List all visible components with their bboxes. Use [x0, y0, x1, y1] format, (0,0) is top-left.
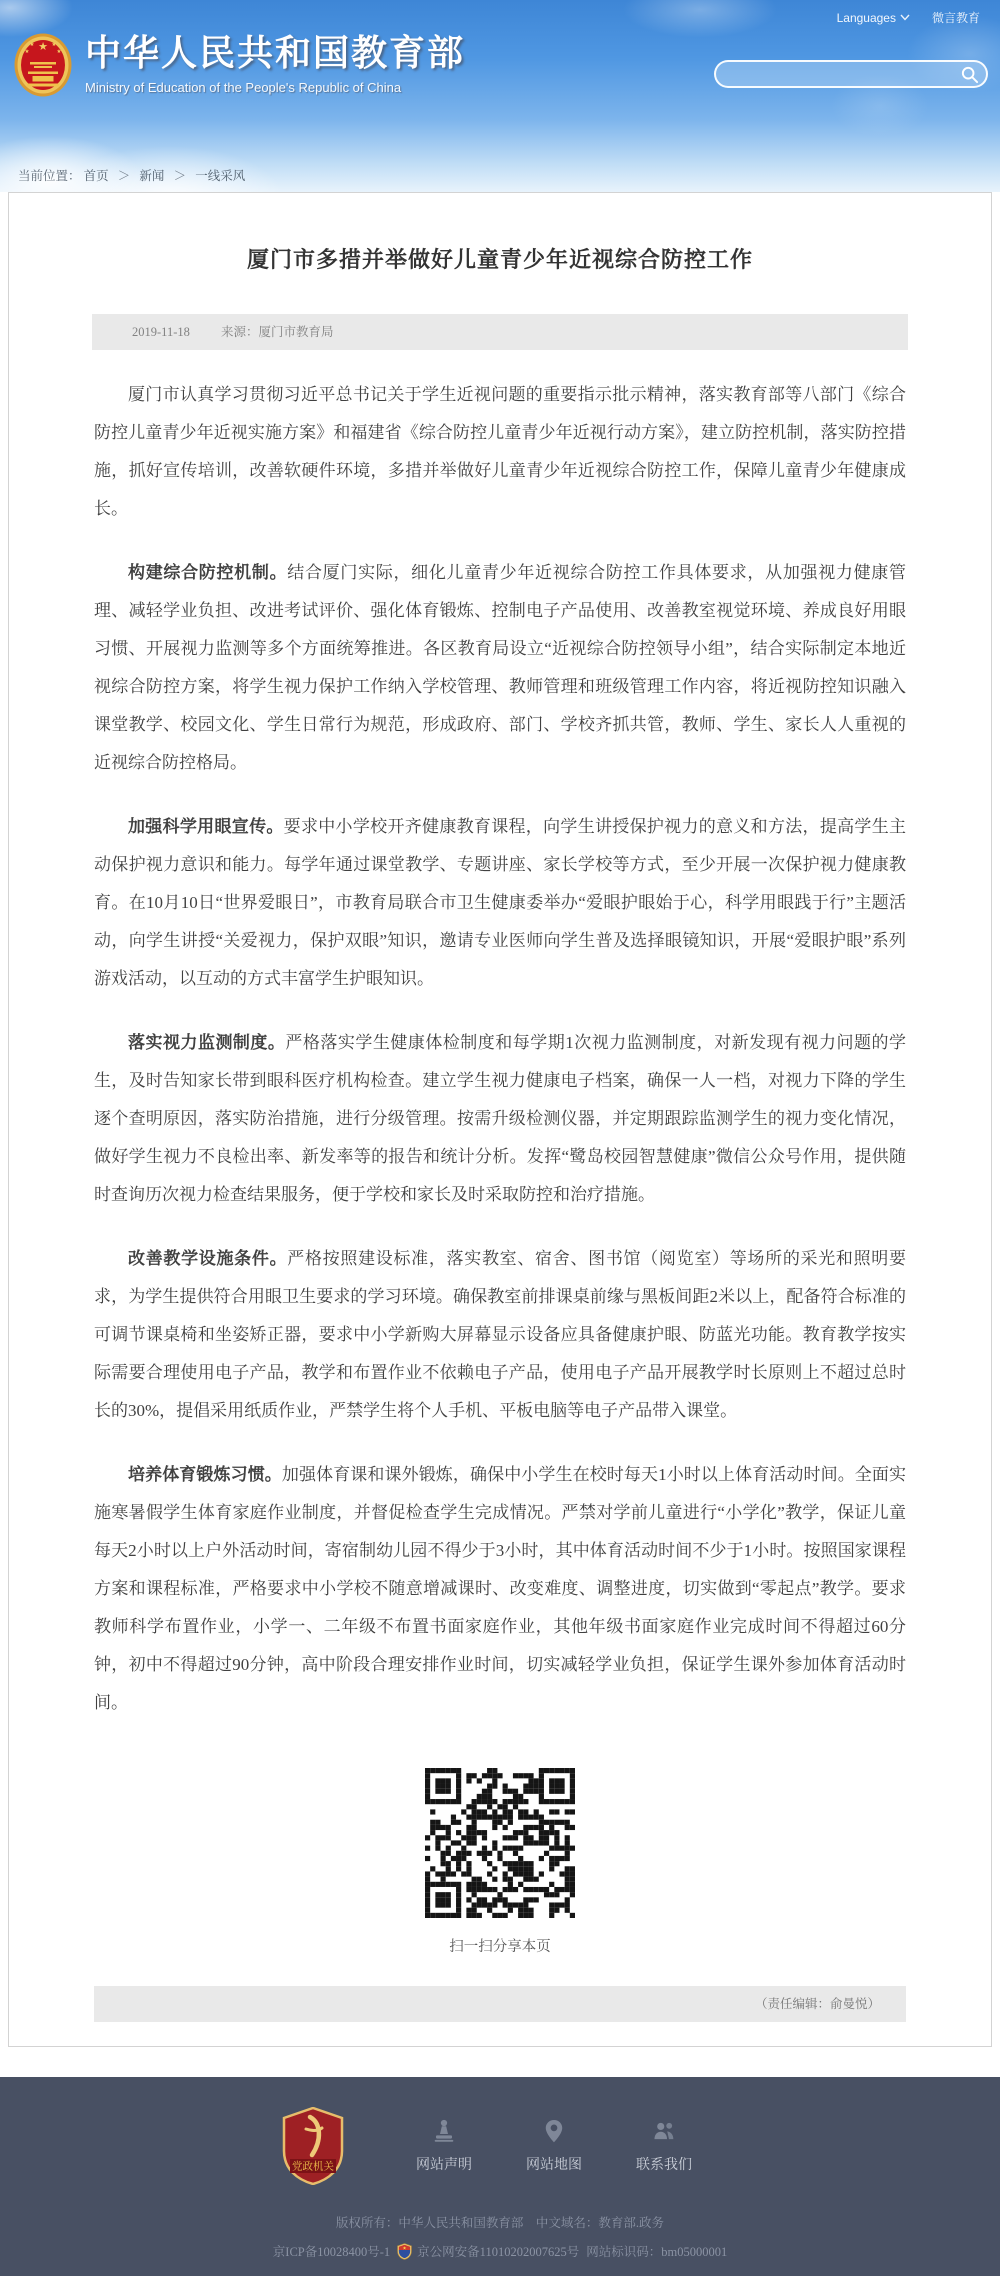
footer-link-label: 网站声明 — [416, 2156, 472, 2172]
article-meta-bar: 2019-11-18 来源：厦门市教育局 — [92, 314, 908, 350]
search-box — [714, 60, 988, 88]
paragraph-text: 结合厦门实际，细化儿童青少年近视综合防控工作具体要求，从加强视力健康管理、减轻学… — [94, 563, 906, 772]
languages-label: Languages — [837, 11, 896, 25]
article-source: 来源：厦门市教育局 — [221, 325, 334, 339]
breadcrumb-separator: ＞ — [118, 169, 131, 183]
svg-text:★: ★ — [30, 42, 35, 48]
chevron-down-icon — [900, 14, 910, 21]
brand-text: 中华人民共和国教育部 Ministry of Education of the … — [85, 33, 465, 95]
footer: 党政机关 网站声明 网站地图 — [0, 2077, 1000, 2276]
paragraph-lead: 构建综合防控机制。 — [128, 563, 287, 582]
breadcrumb: 当前位置： 首页 ＞ 新闻 ＞ 一线采风 — [18, 166, 245, 184]
paragraph-lead: 改善教学设施条件。 — [128, 1249, 287, 1268]
article-date: 2019-11-18 — [132, 325, 190, 339]
article-paragraph: 落实视力监测制度。严格落实学生健康体检制度和每学期1次视力监测制度，对新发现有视… — [94, 1024, 906, 1214]
article-paragraph: 构建综合防控机制。结合厦门实际，细化儿童青少年近视综合防控工作具体要求，从加强视… — [94, 554, 906, 782]
footer-link-sitemap[interactable]: 网站地图 — [515, 2118, 593, 2174]
icp-link[interactable]: 京ICP备10028400号-1 — [273, 2242, 390, 2260]
svg-text:★: ★ — [25, 49, 30, 55]
breadcrumb-section[interactable]: 一线采风 — [195, 169, 245, 183]
search-input[interactable] — [728, 66, 958, 83]
breadcrumb-prefix: 当前位置： — [18, 169, 81, 183]
article-paragraph: 厦门市认真学习贯彻习近平总书记关于学生近视问题的重要指示批示精神，落实教育部等八… — [94, 376, 906, 528]
footer-link-statement[interactable]: 网站声明 — [405, 2118, 483, 2174]
qr-code — [425, 1768, 575, 1918]
svg-text:★: ★ — [52, 42, 57, 48]
editor-bar: （责任编辑：俞曼悦） — [94, 1986, 906, 2022]
search-icon — [960, 65, 979, 84]
svg-text:★: ★ — [38, 41, 48, 53]
site-title-en: Ministry of Education of the People's Re… — [85, 80, 465, 95]
search-button[interactable] — [958, 63, 980, 85]
footer-link-label: 联系我们 — [636, 2156, 692, 2172]
breadcrumb-home[interactable]: 首页 — [84, 169, 109, 183]
header-banner: Languages 微言教育 ★ ★ ★ ★ ★ — [0, 0, 1000, 192]
article-title: 厦门市多措并举做好儿童青少年近视综合防控工作 — [9, 193, 991, 274]
breadcrumb-separator: ＞ — [174, 169, 187, 183]
weiyan-link[interactable]: 微言教育 — [932, 9, 980, 26]
gov-badge-label: 党政机关 — [292, 2160, 334, 2173]
paragraph-text: 严格落实学生健康体检制度和每学期1次视力监测制度，对新发现有视力问题的学生，及时… — [94, 1033, 906, 1204]
gov-shield-icon: 党政机关 — [281, 2107, 345, 2185]
paragraph-lead: 培养体育锻炼习惯。 — [128, 1465, 282, 1484]
seal-icon — [431, 2118, 457, 2144]
top-utility-bar: Languages 微言教育 — [837, 9, 980, 26]
site-code: 网站标识码：bm05000001 — [586, 2242, 727, 2260]
article-paragraph: 加强科学用眼宣传。要求中小学校开齐健康教育课程，向学生讲授保护视力的意义和方法，… — [94, 808, 906, 998]
languages-menu[interactable]: Languages — [837, 11, 910, 25]
police-number: 京公网安备11010202007625号 — [417, 2242, 579, 2260]
police-badge-icon: ★ — [397, 2243, 412, 2260]
breadcrumb-news[interactable]: 新闻 — [139, 169, 164, 183]
page: Languages 微言教育 ★ ★ ★ ★ ★ — [0, 0, 1000, 2276]
article-paragraph: 培养体育锻炼习惯。加强体育课和课外锻炼，确保中小学生在校时每天1小时以上体育活动… — [94, 1456, 906, 1722]
paragraph-text: 要求中小学校开齐健康教育课程，向学生讲授保护视力的意义和方法，提高学生主动保护视… — [94, 817, 906, 988]
paragraph-text: 厦门市认真学习贯彻习近平总书记关于学生近视问题的重要指示批示精神，落实教育部等八… — [94, 385, 906, 518]
weiyan-label: 微言教育 — [932, 9, 980, 26]
national-emblem-icon: ★ ★ ★ ★ ★ — [14, 33, 72, 97]
paragraph-text: 加强体育课和课外锻炼，确保中小学生在校时每天1小时以上体育活动时间。全面实施寒暑… — [94, 1465, 906, 1712]
people-icon — [651, 2118, 677, 2144]
editor-note: （责任编辑：俞曼悦） — [755, 1997, 880, 2011]
paragraph-lead: 落实视力监测制度。 — [128, 1033, 285, 1052]
police-link[interactable]: ★ 京公网安备11010202007625号 — [397, 2242, 579, 2260]
paragraph-text: 严格按照建设标准，落实教室、宿舍、图书馆（阅览室）等场所的采光和照明要求，为学生… — [94, 1249, 906, 1420]
gov-badge[interactable]: 党政机关 — [281, 2107, 345, 2185]
site-title-cn: 中华人民共和国教育部 — [85, 33, 465, 73]
footer-copyright: 版权所有：中华人民共和国教育部 中文域名：教育部.政务 — [0, 2213, 1000, 2231]
article-card: 厦门市多措并举做好儿童青少年近视综合防控工作 2019-11-18 来源：厦门市… — [8, 192, 992, 2047]
article-body: 厦门市认真学习贯彻习近平总书记关于学生近视问题的重要指示批示精神，落实教育部等八… — [94, 376, 906, 1722]
footer-link-label: 网站地图 — [526, 2156, 582, 2172]
footer-nav: 党政机关 网站声明 网站地图 — [0, 2107, 1000, 2185]
footer-registration-row: 京ICP备10028400号-1 ★ 京公网安备11010202007625号 … — [0, 2242, 1000, 2260]
article-paragraph: 改善教学设施条件。严格按照建设标准，落实教室、宿舍、图书馆（阅览室）等场所的采光… — [94, 1240, 906, 1430]
map-pin-icon — [541, 2118, 567, 2144]
footer-link-contact[interactable]: 联系我们 — [625, 2118, 703, 2174]
svg-text:★: ★ — [57, 49, 62, 55]
paragraph-lead: 加强科学用眼宣传。 — [128, 817, 284, 836]
site-brand[interactable]: ★ ★ ★ ★ ★ 中华人民共和国教育部 Ministry of Educati… — [14, 33, 465, 97]
qr-share-block: 扫一扫分享本页 — [9, 1768, 991, 1956]
qr-caption: 扫一扫分享本页 — [9, 1935, 991, 1956]
